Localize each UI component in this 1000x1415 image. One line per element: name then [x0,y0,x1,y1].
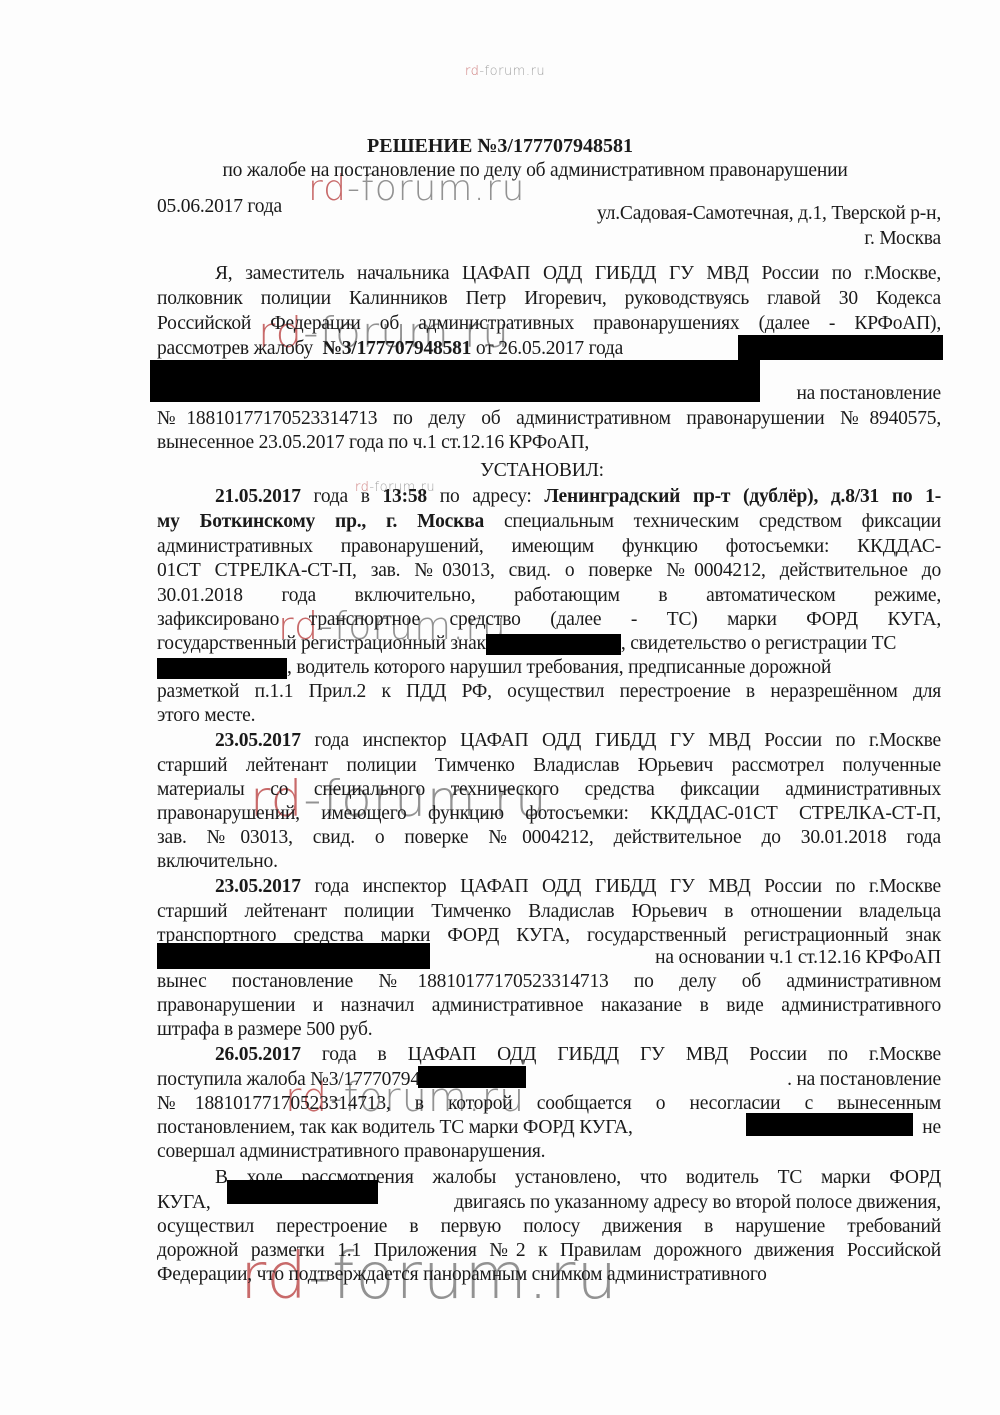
paragraph-line: совершал административного правонарушени… [157,1141,941,1163]
paragraph-line: правонарушений, имеющего функцию фотосъе… [157,803,941,825]
redaction [157,658,287,679]
paragraph-line: 26.05.2017 года в ЦАФАП ОДД ГИБДД ГУ МВД… [157,1044,941,1066]
paragraph-line: . на постановление [157,1069,941,1091]
intro-line: №18810177170523314713 по делу об админис… [157,408,941,430]
intro-line: Российской Федерации об административных… [157,313,941,335]
section-heading: УСТАНОВИЛ: [150,460,934,482]
paragraph-line: старший лейтенант полиции Тимченко Влади… [157,755,941,777]
document-subtitle: по жалобе на постановление по делу об ад… [120,160,950,182]
paragraph-line: на основании ч.1 ст.12.16 КРФоАП [157,947,941,969]
address-line-1: ул.Садовая-Самотечная, д.1, Тверской р-н… [157,203,941,225]
paragraph-line: государственный регистрационный знак, св… [157,633,941,655]
watermark: rd-forum.ru [465,64,545,79]
paragraph-line: старший лейтенант полиции Тимченко Влади… [157,901,941,923]
paragraph-line: этого месте. [157,705,941,727]
paragraph-line: №18810177170523314713, в которой сообщае… [157,1093,941,1115]
paragraph-line: не [157,1117,941,1139]
paragraph-line: 30.01.2018 года включительно, работающим… [157,585,941,607]
paragraph-line: административных правонарушений, имеющим… [157,536,941,558]
paragraph-line: зафиксировано транспортное средство (дал… [157,609,941,631]
intro-line: полковник полиции Калинников Петр Игорев… [157,288,941,310]
paragraph-line: включительно. [157,851,941,873]
paragraph-line: Федерации, что подтверждается панорамным… [157,1264,941,1286]
intro-line: Я, заместитель начальника ЦАФАП ОДД ГИБД… [157,263,941,285]
paragraph-line: 23.05.2017 года инспектор ЦАФАП ОДД ГИБД… [157,730,941,752]
paragraph-line: вынес постановление №1881017717052331471… [157,971,941,993]
complaint-number: №3/177707948581 [322,338,471,359]
paragraph-line: двигаясь по указанному адресу во второй … [157,1192,941,1214]
paragraph-line: 01СТ СТРЕЛКА-СТ-П, зав. №03013, свид. о … [157,560,941,582]
paragraph-line: осуществил перестроение в первую полосу … [157,1216,941,1238]
paragraph-line: материалы со специального технического с… [157,779,941,801]
paragraph-line: штрафа в размере 500 руб. [157,1019,941,1041]
paragraph-line: му Боткинскому пр., г. Москва специальны… [157,511,941,533]
address-line-2: г. Москва [157,228,941,250]
document-page: rd-forum.ru rd-forum.ru rd-forum.ru rd-f… [0,0,1000,1415]
intro-line: вынесенное 23.05.2017 года по ч.1 ст.12.… [157,432,941,454]
paragraph-line: правонарушении и назначил административн… [157,995,941,1017]
paragraph-line: дорожной разметки 1.1 Приложения №2 к Пр… [157,1240,941,1262]
paragraph-line: 21.05.2017 года в 13:58 по адресу: Ленин… [157,486,941,508]
redaction [486,634,621,655]
document-title: РЕШЕНИЕ №3/17770794858​1 [0,135,1000,158]
paragraph-line: зав. №03013, свид. о поверке №0004212, д… [157,827,941,849]
paragraph-line: , водитель которого нарушил требования, … [157,657,941,679]
paragraph-line: разметкой п.1.1 Прил.2 к ПДД РФ, осущест… [157,681,941,703]
paragraph-line: 23.05.2017 года инспектор ЦАФАП ОДД ГИБД… [157,876,941,898]
intro-line: на постановление [157,383,941,405]
redaction [738,335,943,360]
